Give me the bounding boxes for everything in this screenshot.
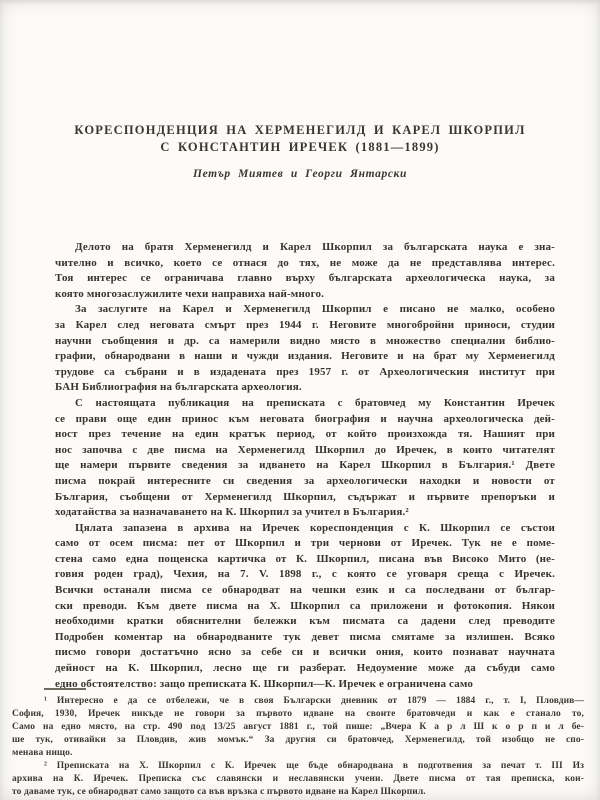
article-title-line1: КОРЕСПОНДЕНЦИЯ НА ХЕРМЕНЕГИЛД И КАРЕЛ ШК… [50,122,550,139]
body-line: необходими кратки обяснителни бележки къ… [55,614,555,630]
body-line: БАН Библиография на българската археолог… [55,380,555,396]
footnote-line: ¹ Интересно е да се отбележи, че в своя … [12,695,584,708]
body-line: ходатайства за назначаването на К. Шкорп… [55,505,555,521]
body-line: чително и всичко, което се отнася до тях… [55,256,555,272]
body-line: дейност на К. Шкорпил, лесно ще ги разбе… [55,661,555,677]
body-line: научни съобщения и др. са намерили видно… [55,334,555,350]
body-line: нос започва с две писма на Херменегилд Ш… [55,443,555,459]
paragraph: Цялата запазена в архива на Иречек корес… [55,521,555,693]
footnote-line: менава нищо. [12,747,584,760]
scanned-paper-page: КОРЕСПОНДЕНЦИЯ НА ХЕРМЕНЕГИЛД И КАРЕЛ ШК… [0,0,600,800]
footnote-line: София, 1930, Иречек никъде не говори за … [12,708,584,721]
footnote-line: то даваме тук, се обнародват само защото… [12,786,584,799]
footnote-line: ше тук, отивайки за Пловдив, жив момък.“… [12,734,584,747]
footnote-list: ¹ Интересно е да се отбележи, че в своя … [12,695,584,799]
body-line: ски преводи. Към двете писма на Х. Шкорп… [55,599,555,615]
footnote-line: Само на едно място, на стр. 490 под 13/2… [12,721,584,734]
article-authors: Петър Миятев и Георги Янтарски [50,168,550,180]
footnote-section: ¹ Интересно е да се отбележи, че в своя … [12,688,584,799]
body-line: Всички останали писма се обнародват на ч… [55,583,555,599]
article-title-line2: С КОНСТАНТИН ИРЕЧЕК (1881—1899) [50,139,550,156]
body-line: графии, обнародвани в наши и чужди издан… [55,349,555,365]
body-line: стена само една пощенска картичка от К. … [55,552,555,568]
body-line: За заслугите на Карел и Херменегилд Шкор… [55,302,555,318]
body-line: която многозаслужилите чехи направиха на… [55,287,555,303]
paragraph: Делото на братя Херменегилд и Карел Шкор… [55,240,555,302]
footnote-separator-rule [44,688,86,690]
body-line: Подробен коментар на обнародваните тук д… [55,630,555,646]
body-line: Тоя интерес се ограничава главно върху б… [55,271,555,287]
body-line: Цялата запазена в архива на Иречек корес… [55,521,555,537]
body-line: говия роден град), Чехия, на 7. V. 1898 … [55,567,555,583]
body-line: се прави още един принос към неговата би… [55,412,555,428]
footnote: ¹ Интересно е да се отбележи, че в своя … [12,695,584,760]
body-line: писма покрай интересните си сведения за … [55,474,555,490]
footnote-line: архива на К. Иречек. Преписка със славян… [12,773,584,786]
paragraph: С настоящата публикация на преписката с … [55,396,555,521]
body-line: трудове са събрани и в издадената през 1… [55,365,555,381]
body-line: писмо говори достатъчно ясно за себе си … [55,645,555,661]
body-paragraphs: Делото на братя Херменегилд и Карел Шкор… [55,240,555,692]
body-line: ност през течение на един кратък период,… [55,427,555,443]
footnote-line: ² Преписката на Х. Шкорпил с К. Иречек щ… [12,760,584,773]
body-line: ще намери първите сведения за идването н… [55,458,555,474]
body-line: за Карел след неговата смърт през 1944 г… [55,318,555,334]
footnote: ² Преписката на Х. Шкорпил с К. Иречек щ… [12,760,584,799]
body-line: С настоящата публикация на преписката с … [55,396,555,412]
article-title: КОРЕСПОНДЕНЦИЯ НА ХЕРМЕНЕГИЛД И КАРЕЛ ШК… [50,122,550,156]
body-line: България, съобщени от Херменегилд Шкорпи… [55,490,555,506]
paragraph: За заслугите на Карел и Херменегилд Шкор… [55,302,555,396]
body-line: Делото на братя Херменегилд и Карел Шкор… [55,240,555,256]
body-line: само от осем писма: пет от Шкорпил и три… [55,536,555,552]
